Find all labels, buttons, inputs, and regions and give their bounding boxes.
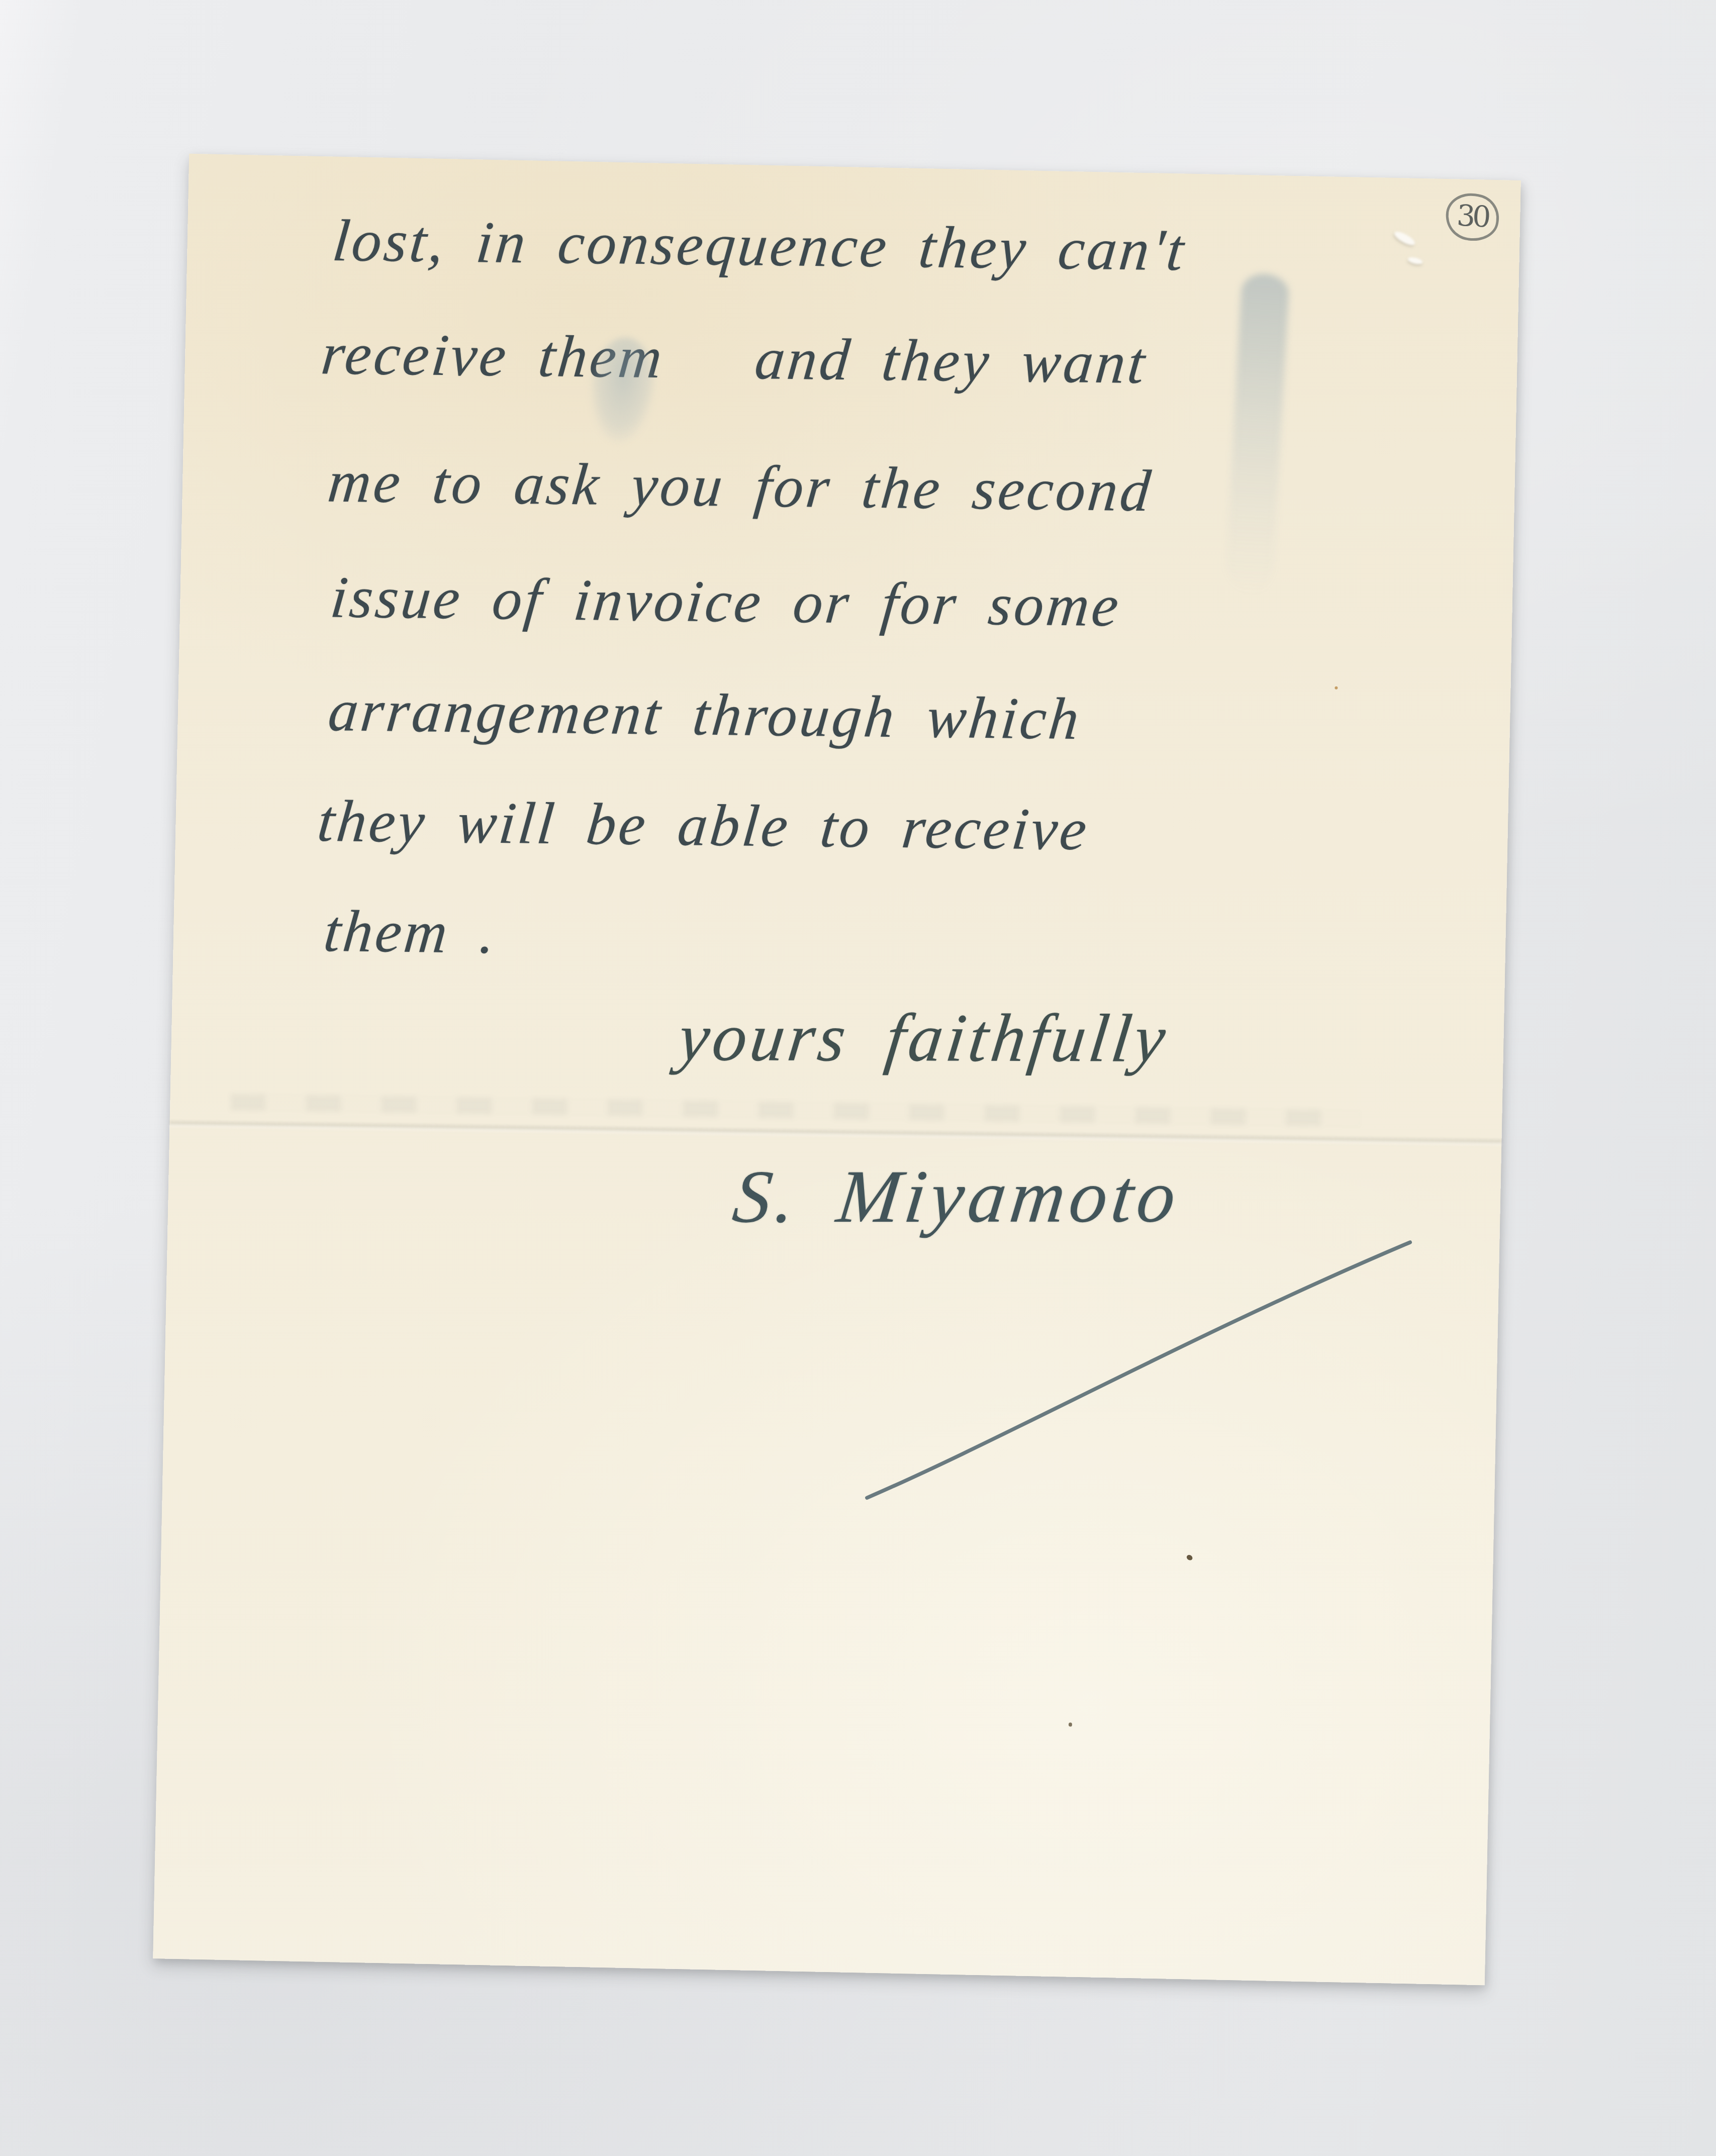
signature-underline-flourish (855, 1215, 1424, 1528)
handwritten-line-4: issue of invoice or for some (328, 563, 1124, 641)
ink-offset-ghost (230, 1094, 1361, 1127)
paper-fleck (1334, 687, 1338, 690)
photo-backdrop: 30 lost, in consequence they can't recei… (0, 0, 1716, 2156)
letter-page: 30 lost, in consequence they can't recei… (153, 154, 1521, 1985)
ink-speck (1186, 1554, 1193, 1561)
page-number-text: 30 (1456, 198, 1489, 234)
paper-dent (1392, 229, 1416, 247)
page-number-stamp: 30 (1443, 190, 1502, 244)
handwritten-line-6: they will be able to receive (315, 787, 1092, 864)
handwritten-line-2: receive them and they want (319, 320, 1151, 397)
closing-line: yours faithfully (675, 998, 1174, 1077)
handwritten-line-7: them . (321, 897, 501, 967)
paper-dent (1407, 256, 1423, 266)
water-smudge-right (1224, 272, 1290, 596)
handwritten-line-1: lost, in consequence they can't (330, 207, 1189, 284)
ink-speck (1069, 1723, 1072, 1727)
handwritten-line-3: me to ask you for the second (325, 448, 1156, 525)
handwritten-line-5: arrangement through which (325, 676, 1084, 753)
